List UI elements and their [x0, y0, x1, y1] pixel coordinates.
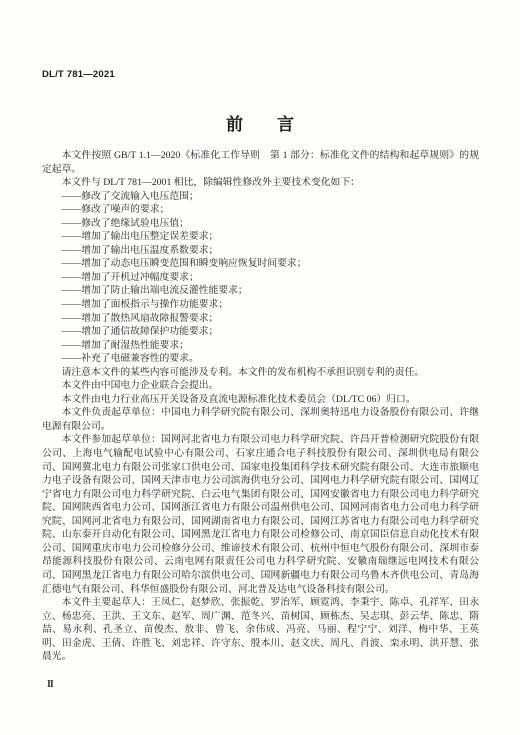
change-item: ——增加了开机过冲幅度要求；: [42, 271, 479, 285]
change-item: ——增加了散热风扇故障报警要求；: [42, 312, 479, 326]
change-item: ——增加了通信故障保护功能要求；: [42, 325, 479, 339]
change-item: ——修改了交流输入电压范围；: [42, 190, 479, 204]
change-item: ——增加了动态电压瞬变范围和瞬变响应恢复时间要求；: [42, 257, 479, 271]
para-lead-drafting-units: 本文件负责起草单位：中国电力科学研究院有限公司、深圳奥特迅电力设备股份有限公司、…: [42, 406, 479, 433]
change-item: ——修改了绝缘试验电压值；: [42, 217, 479, 231]
page-number: II: [47, 679, 53, 690]
para-patent-note: 请注意本文件的某些内容可能涉及专利。本文件的发布机构不承担识别专利的责任。: [42, 366, 479, 380]
para-participating-units: 本文件参加起草单位：国网河北省电力有限公司电力科学研究院、许昌开普检测研究院股份…: [42, 433, 479, 596]
change-item: ——增加了面板指示与操作功能要求；: [42, 298, 479, 312]
para-drafting-basis: 本文件按照 GB/T 1.1—2020《标准化工作导则 第 1 部分：标准化文件…: [42, 149, 479, 176]
change-item: ——增加了输出电压整定误差要求；: [42, 230, 479, 244]
change-item: ——增加了防止输出端电流反灌性能要求；: [42, 284, 479, 298]
standard-document-page: DL/T 781—2021 前 言 本文件按照 GB/T 1.1—2020《标准…: [0, 0, 520, 735]
para-comparison-intro: 本文件与 DL/T 781—2001 相比，除编辑性修改外主要技术变化如下：: [42, 176, 479, 190]
page-title-foreword: 前 言: [0, 110, 520, 135]
change-item: ——增加了输出电压温度系数要求；: [42, 244, 479, 258]
running-header-doc-code: DL/T 781—2021: [42, 69, 115, 80]
para-proposed-by: 本文件由中国电力企业联合会提出。: [42, 379, 479, 393]
para-main-drafters: 本文件主要起草人：王凤仁、赵梦欣、张振乾、罗治军、顾霓鸿、李秉宇、陈卓、孔祥军、…: [42, 596, 479, 664]
change-item: ——补充了电磁兼容性的要求。: [42, 352, 479, 366]
para-centralized-by: 本文件由电力行业高压开关设备及直流电源标准化技术委员会（DL/TC 06）归口。: [42, 393, 479, 407]
change-item: ——修改了噪声的要求；: [42, 203, 479, 217]
foreword-body: 本文件按照 GB/T 1.1—2020《标准化工作导则 第 1 部分：标准化文件…: [42, 149, 479, 664]
change-item: ——增加了耐湿热性能要求；: [42, 339, 479, 353]
